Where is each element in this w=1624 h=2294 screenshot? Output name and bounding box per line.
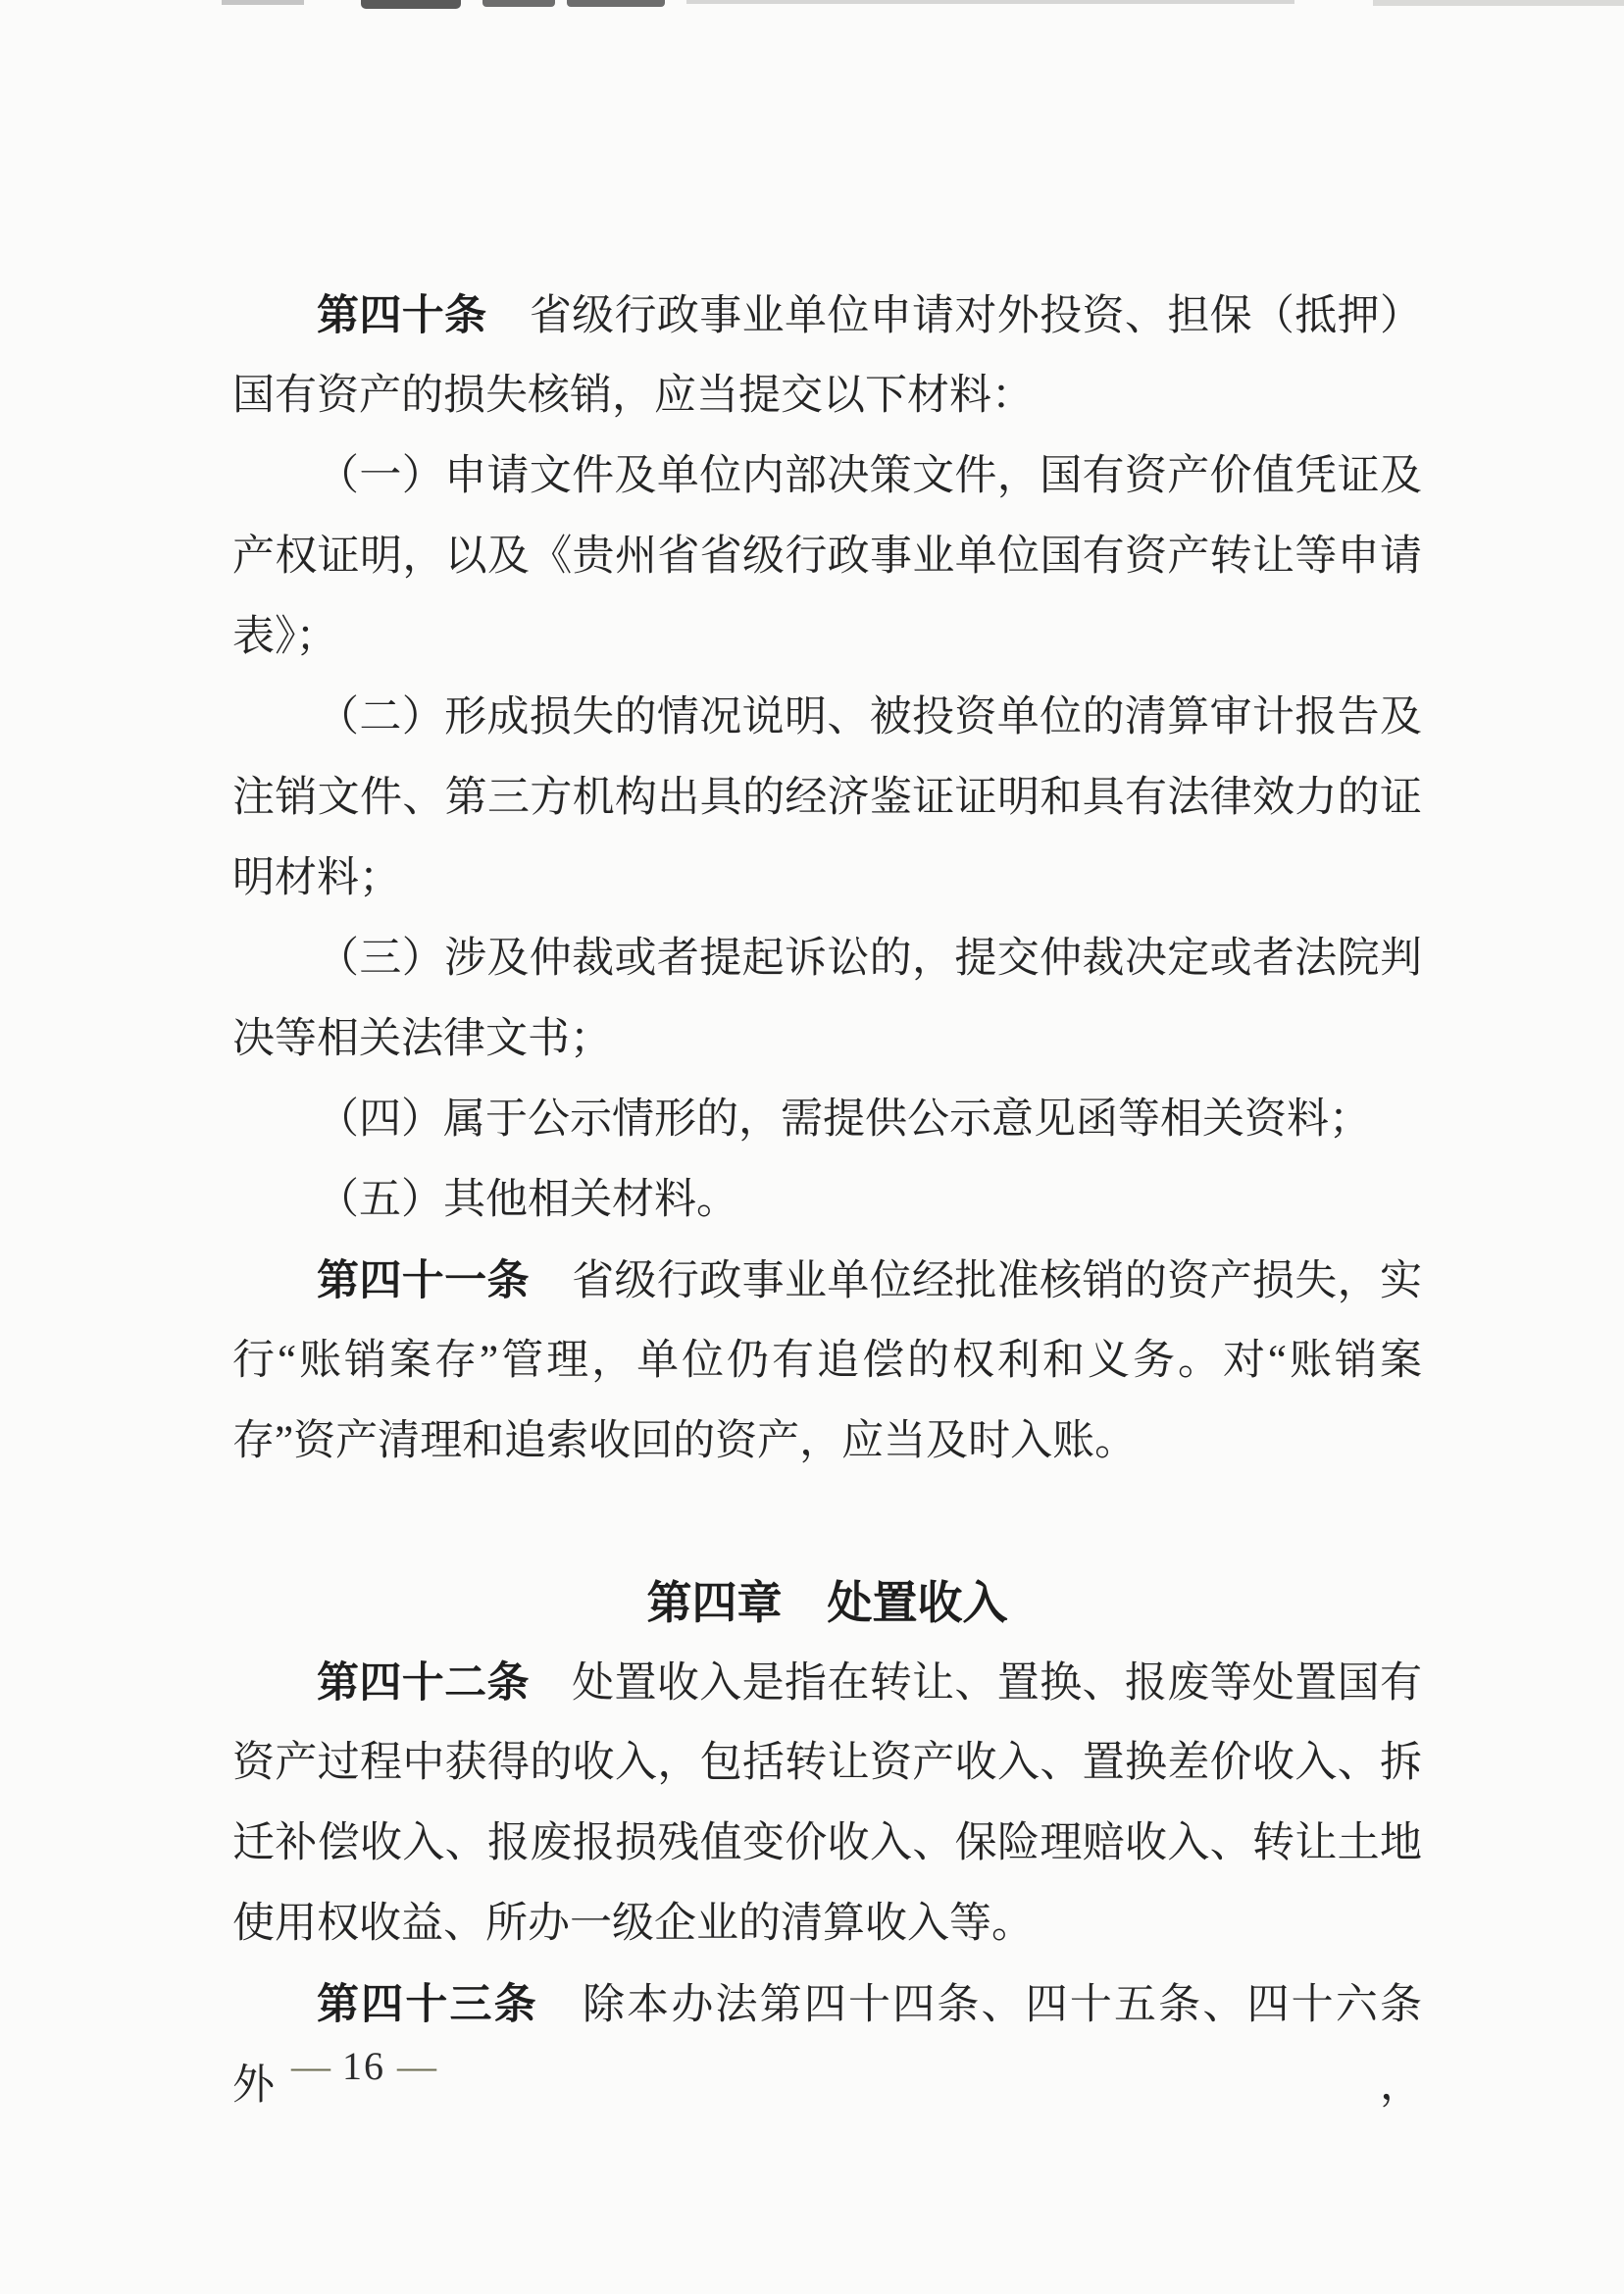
scan-artifact	[1373, 0, 1624, 6]
paragraph-line: 第四十一条 省级行政事业单位经批准核销的资产损失，实	[232, 1241, 1422, 1321]
line-text: 处置收入是指在转让、置换、报废等处置国有	[530, 1660, 1422, 1707]
scan-artifact	[222, 0, 304, 5]
paragraph-line: （四）属于公示情形的，需提供公示意见函等相关资料；	[232, 1080, 1422, 1160]
page-number-dash: —	[397, 2044, 436, 2088]
article-number: 第四十二条	[317, 1659, 530, 1707]
line-text: 省级行政事业单位申请对外投资、担保（抵押）	[486, 293, 1422, 339]
page-number-value: 16	[342, 2044, 385, 2088]
paragraph-line: 明材料；	[232, 839, 1422, 919]
paragraph-line: 决等相关法律文书；	[232, 999, 1422, 1080]
scan-artifact	[361, 0, 461, 9]
paragraph-line: 产权证明，以及《贵州省省级行政事业单位国有资产转让等申请	[232, 517, 1422, 597]
scan-artifact	[686, 0, 1294, 4]
paragraph-line: （五）其他相关材料。	[232, 1160, 1422, 1241]
paragraph-line: 国有资产的损失核销，应当提交以下材料：	[232, 356, 1422, 436]
page-number-dash: —	[291, 2044, 330, 2088]
document-page: 第四十条 省级行政事业单位申请对外投资、担保（抵押） 国有资产的损失核销，应当提…	[0, 0, 1624, 2294]
paragraph-line: （一）申请文件及单位内部决策文件，国有资产价值凭证及	[232, 436, 1422, 517]
paragraph-line: 资产过程中获得的收入，包括转让资产收入、置换差价收入、拆	[232, 1723, 1422, 1804]
paragraph-line: 第四十三条 除本办法第四十四条、四十五条、四十六条外，	[232, 1964, 1422, 2045]
paragraph-line: 第四十二条 处置收入是指在转让、置换、报废等处置国有	[232, 1643, 1422, 1723]
paragraph-line: 存”资产清理和追索收回的资产，应当及时入账。	[232, 1402, 1422, 1482]
paragraph-line: 迁补偿收入、报废报损残值变价收入、保险理赔收入、转让土地	[232, 1804, 1422, 1884]
chapter-heading: 第四章 处置收入	[232, 1562, 1422, 1643]
paragraph-line: 使用权收益、所办一级企业的清算收入等。	[232, 1884, 1422, 1964]
page-number: —16—	[279, 2042, 448, 2091]
scan-artifact	[567, 0, 665, 7]
scan-artifact	[482, 0, 555, 7]
document-body: 第四十条 省级行政事业单位申请对外投资、担保（抵押） 国有资产的损失核销，应当提…	[232, 276, 1422, 2045]
paragraph-line: 第四十条 省级行政事业单位申请对外投资、担保（抵押）	[232, 276, 1422, 356]
line-text: 省级行政事业单位经批准核销的资产损失，实	[530, 1258, 1422, 1304]
paragraph-line: （二）形成损失的情况说明、被投资单位的清算审计报告及	[232, 678, 1422, 758]
paragraph-line: （三）涉及仲裁或者提起诉讼的，提交仲裁决定或者法院判	[232, 919, 1422, 999]
paragraph-line: 行“账销案存”管理，单位仍有追偿的权利和义务。对“账销案	[232, 1321, 1422, 1402]
article-number: 第四十一条	[317, 1257, 530, 1304]
paragraph-line: 表》；	[232, 597, 1422, 678]
blank-line	[232, 1482, 1422, 1562]
article-number: 第四十条	[317, 292, 486, 339]
paragraph-line: 注销文件、第三方机构出具的经济鉴证证明和具有法律效力的证	[232, 758, 1422, 839]
article-number: 第四十三条	[317, 1981, 538, 2028]
